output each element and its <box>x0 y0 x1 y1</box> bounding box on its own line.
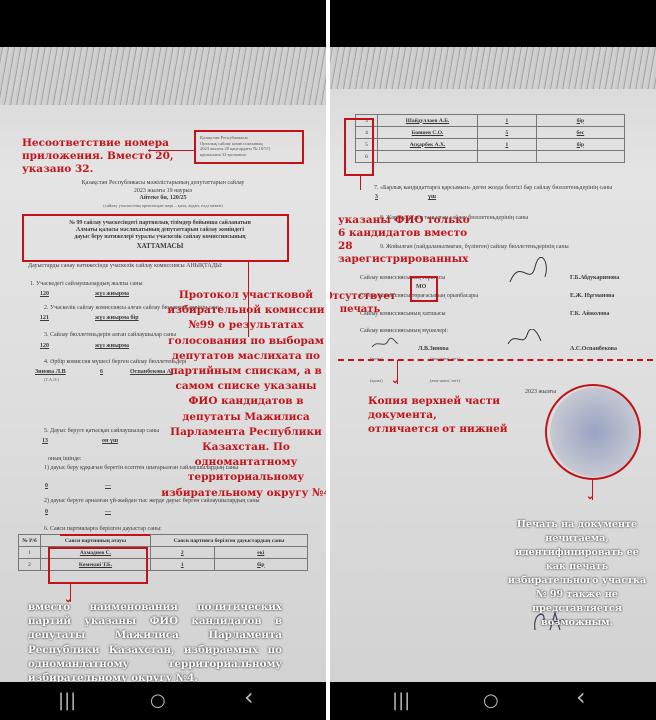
arrow-down-icon: ⌄ <box>586 493 594 501</box>
table-header: Саяси партияның атауы <box>41 535 151 547</box>
table-header-row: № Р/б Саяси партияның атауы Саяси партия… <box>19 535 308 547</box>
sub-item-digits: 0 <box>45 483 48 491</box>
signatory-name: Г.Б.Абдукаримова <box>570 275 619 283</box>
signature-caption: (қолы) <box>370 378 383 384</box>
item-digits: 120 <box>40 291 49 299</box>
android-nav-bar: ||| ○ ‹ <box>330 682 656 720</box>
votes-words: бір <box>536 115 624 127</box>
votes-digits <box>478 151 537 163</box>
sub-item-digits: 0 <box>45 509 48 517</box>
document-cut-line <box>338 359 653 361</box>
missing-seal-note: Отсутствует печать <box>330 290 410 316</box>
votes-words: бес <box>536 127 624 139</box>
table-row: 3 Шайдуллаев А.Б. 1 бір <box>356 115 625 127</box>
party-names-note: вместо наименования политических партий … <box>28 600 282 685</box>
member-name: А.С.Оспанбекова <box>570 346 617 354</box>
table-header: Саяси партияға берілген дауыстардың саны <box>151 535 308 547</box>
candidate-table-continuation: 3 Шайдуллаев А.Б. 1 бір 4 Бояшев С.О. 5 … <box>355 114 625 163</box>
item-label: 3. Сайлау бюллетеньдерін алған сайлаушыл… <box>44 332 176 340</box>
sub-item-words: — <box>105 509 111 517</box>
back-icon[interactable]: ‹ <box>576 688 586 706</box>
row-numbers-arrow-line <box>360 176 361 190</box>
table-row: 5 Асқарбек А.Х. 1 бір <box>356 139 625 151</box>
votes-words: бір <box>214 559 307 571</box>
item-label: 5. Дауыс беруге қатысқан сайлаушылар сан… <box>44 428 159 436</box>
header-line: Қазақстан Республикасы мәжілістарының де… <box>48 180 278 188</box>
party-name-cell: Шайдуллаев А.Б. <box>378 115 478 127</box>
row-numbers-highlight-box <box>344 118 374 176</box>
missing-seal-highlight-box <box>410 276 438 302</box>
seal-unreadable-note: Печать на документе нечитаема, идентифиц… <box>504 518 650 630</box>
appendix-highlight-box <box>194 130 304 164</box>
sub-heading: оның ішінде: <box>48 456 82 464</box>
item7-words: үш <box>428 194 436 202</box>
item-digits: 121 <box>40 315 49 323</box>
overlapping-paper-strip <box>330 47 656 89</box>
party-header-underline <box>60 534 150 536</box>
signature-scribble <box>505 329 545 349</box>
header-caption: (сайлау учаскесінің орналасқан жері – қа… <box>48 203 278 209</box>
votes-digits: 1 <box>478 115 537 127</box>
member-name: Зинова Л.В <box>35 369 66 377</box>
item-label: 1. Учаскедегі сайлаушылардың жалпы саны <box>30 281 143 289</box>
votes-digits: 2 <box>151 547 215 559</box>
party-name-cell: Асқарбек А.Х. <box>378 139 478 151</box>
fio-caption: (аты-жөні, тегі) <box>430 378 460 384</box>
protocol-document-top: Қазақстан Республикасы Орталық сайлау ко… <box>0 47 326 682</box>
protocol-mismatch-note: Протокол участковой избирательной комисс… <box>160 288 326 501</box>
party-name-cell <box>378 151 478 163</box>
item-words: жүз жиырма <box>95 291 129 299</box>
item7-label: 7. «Барлық кандидаттарға қарсымын» деген… <box>374 185 612 193</box>
title-highlight-box <box>22 214 289 262</box>
item-digits: 120 <box>40 343 49 351</box>
appendix-mismatch-note: Несоответствие номера приложения. Вместо… <box>22 137 192 176</box>
item-digits: 6 <box>100 369 103 377</box>
recent-apps-icon[interactable]: ||| <box>392 692 410 710</box>
header-address: Айтеке би, 120/25 <box>48 195 278 203</box>
members-label: Сайлау комиссиясының мүшелері: <box>360 328 448 336</box>
votes-words: бір <box>536 139 624 151</box>
item-words: жүз жиырма бір <box>95 315 139 323</box>
back-icon[interactable]: ‹ <box>244 688 254 706</box>
signature-scribble <box>370 337 400 351</box>
item-words: жүз жиырма <box>95 343 129 351</box>
left-photo-panel: Қазақстан Республикасы Орталық сайлау ко… <box>0 0 326 720</box>
row-number: 2 <box>19 559 41 571</box>
votes-digits: 1 <box>478 139 537 151</box>
votes-digits: 5 <box>478 127 537 139</box>
signatory-name: Г.К. Айжолова <box>570 311 609 319</box>
home-icon[interactable]: ○ <box>483 692 499 710</box>
votes-digits: 1 <box>151 559 215 571</box>
overlapping-paper-strip <box>0 47 326 105</box>
recent-apps-icon[interactable]: ||| <box>58 692 76 710</box>
date-line: 2023 жылғы <box>525 389 556 397</box>
table-header: № Р/б <box>19 535 41 547</box>
item7-digits: 3 <box>375 194 378 202</box>
election-header: Қазақстан Республикасы мәжілістарының де… <box>48 180 278 208</box>
seal-highlight-circle <box>545 384 641 480</box>
votes-words <box>536 151 624 163</box>
party-name-cell: Бояшев С.О. <box>378 127 478 139</box>
item-digits: 13 <box>42 438 48 446</box>
row-number: 1 <box>19 547 41 559</box>
android-nav-bar: ||| ○ ‹ <box>0 682 326 720</box>
header-line: 2023 жылғы 19 наурыз <box>48 188 278 196</box>
table-caption: 6. Саяси партияларға берілген дауыстар с… <box>44 526 162 534</box>
member-name: Л.В.Зинова <box>418 346 449 354</box>
party-names-highlight-box <box>48 547 148 584</box>
signature-scribble <box>505 257 555 287</box>
table-row: 4 Бояшев С.О. 5 бес <box>356 127 625 139</box>
votes-words: екі <box>214 547 307 559</box>
home-icon[interactable]: ○ <box>150 692 166 710</box>
sub-item-words: — <box>105 483 111 491</box>
signatory-name: Е.Ж. Нұғманова <box>570 293 614 301</box>
fio-caption: (Т.А.Ә.) <box>44 377 59 383</box>
six-candidates-note: указаны ФИО только 6 кандидатов вместо 2… <box>338 214 478 266</box>
arrow-down-icon: ⌄ <box>391 377 399 385</box>
item-words: он үш <box>102 438 118 446</box>
right-photo-panel: 3 Шайдуллаев А.Б. 1 бір 4 Бояшев С.О. 5 … <box>330 0 656 720</box>
copy-mismatch-note: Копия верхней части документа, отличаетс… <box>368 394 508 436</box>
table-row: 6 <box>356 151 625 163</box>
intro-line: Дауыстарды санау нәтижесінде учаскелік с… <box>28 263 223 271</box>
